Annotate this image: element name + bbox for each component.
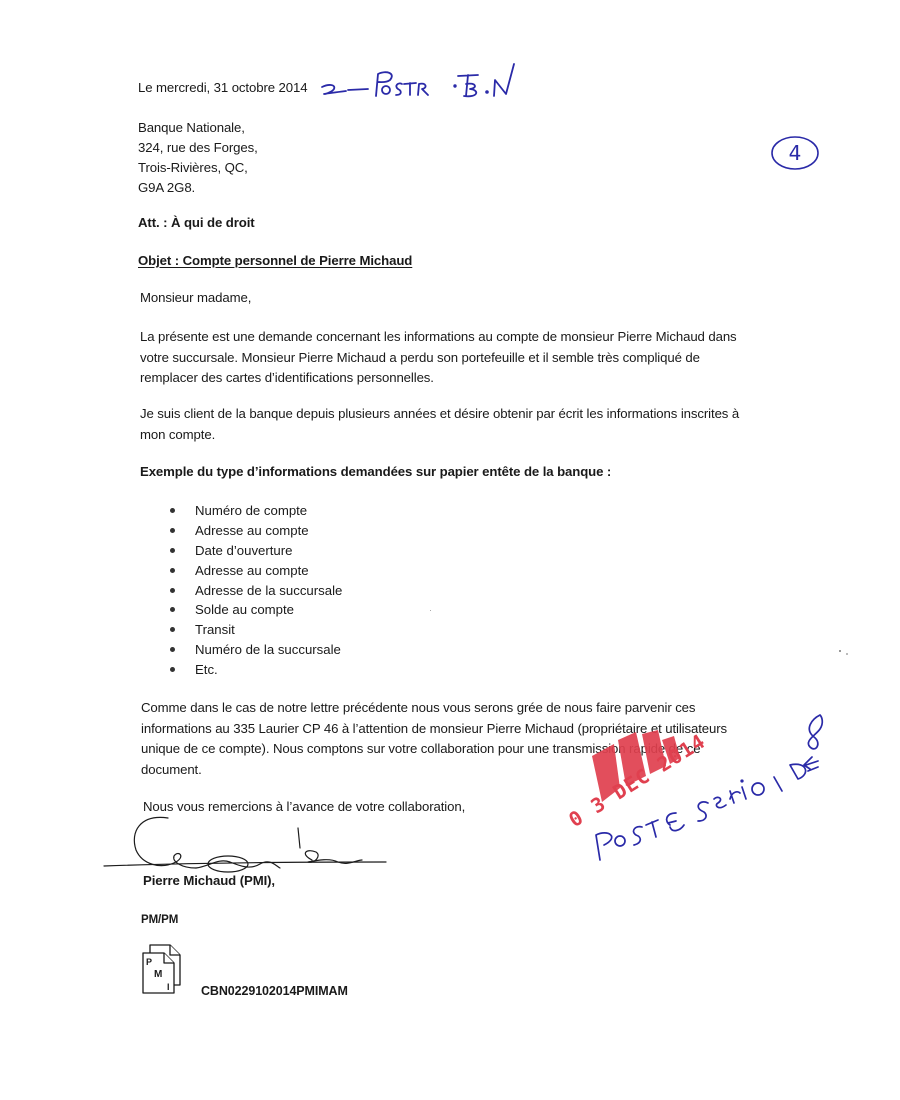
bullet-icon bbox=[170, 508, 175, 513]
list-item-text: Adresse au compte bbox=[195, 523, 309, 538]
attention-line: Att. : À qui de droit bbox=[138, 213, 255, 233]
bullet-icon bbox=[170, 548, 175, 553]
recipient-line-3: Trois-Rivières, QC, bbox=[138, 158, 248, 178]
recipient-line-2: 324, rue des Forges, bbox=[138, 138, 258, 158]
salutation: Monsieur madame, bbox=[140, 288, 251, 308]
list-item: Solde au compte bbox=[165, 600, 342, 620]
pmi-documents-icon: P M I bbox=[140, 943, 192, 995]
page-number-text: 4 bbox=[789, 141, 802, 165]
list-item: Etc. bbox=[165, 660, 342, 680]
circled-page-number: 4 bbox=[768, 132, 822, 174]
scanned-letter-page: Le mercredi, 31 octobre 2014 bbox=[0, 0, 900, 1100]
list-item-text: Numéro de compte bbox=[195, 503, 307, 518]
list-item-text: Numéro de la succursale bbox=[195, 642, 341, 657]
list-item: Adresse au compte bbox=[165, 521, 342, 541]
list-item-text: Date d’ouverture bbox=[195, 543, 293, 558]
logo-letter-i: I bbox=[167, 982, 170, 992]
bullet-icon bbox=[170, 627, 175, 632]
list-item: Adresse de la succursale bbox=[165, 581, 342, 601]
bullet-icon bbox=[170, 647, 175, 652]
reference-code: CBN0229102014PMIMAM bbox=[201, 981, 348, 1001]
bullet-icon bbox=[170, 607, 175, 612]
list-item: Date d’ouverture bbox=[165, 541, 342, 561]
recipient-line-4: G9A 2G8. bbox=[138, 178, 195, 198]
list-heading: Exemple du type d’informations demandées… bbox=[140, 462, 611, 482]
list-item: Transit bbox=[165, 620, 342, 640]
subject-line: Objet : Compte personnel de Pierre Micha… bbox=[138, 251, 412, 271]
list-item-text: Adresse au compte bbox=[195, 563, 309, 578]
scan-speck bbox=[430, 610, 431, 611]
signer-name: Pierre Michaud (PMI), bbox=[143, 871, 275, 891]
list-item-text: Transit bbox=[195, 622, 235, 637]
handwritten-header-note bbox=[318, 60, 528, 105]
requested-info-list: Numéro de compte Adresse au compte Date … bbox=[165, 501, 342, 680]
bullet-icon bbox=[170, 588, 175, 593]
date-line: Le mercredi, 31 octobre 2014 bbox=[138, 78, 307, 98]
paragraph-request: La présente est une demande concernant l… bbox=[140, 327, 737, 389]
list-item-text: Etc. bbox=[195, 662, 218, 677]
list-item-text: Adresse de la succursale bbox=[195, 583, 342, 598]
paragraph-client: Je suis client de la banque depuis plusi… bbox=[140, 404, 739, 445]
list-item: Numéro de compte bbox=[165, 501, 342, 521]
logo-letter-m: M bbox=[154, 969, 162, 980]
list-item: Numéro de la succursale bbox=[165, 640, 342, 660]
scan-speck bbox=[839, 650, 841, 652]
recipient-line-1: Banque Nationale, bbox=[138, 118, 245, 138]
bullet-icon bbox=[170, 667, 175, 672]
list-item-text: Solde au compte bbox=[195, 602, 294, 617]
bullet-icon bbox=[170, 568, 175, 573]
bullet-icon bbox=[170, 528, 175, 533]
scan-speck bbox=[846, 653, 848, 655]
closing-line: Nous vous remercions à l’avance de votre… bbox=[143, 797, 465, 817]
logo-letter-p: P bbox=[146, 957, 152, 967]
list-item: Adresse au compte bbox=[165, 561, 342, 581]
initials: PM/PM bbox=[141, 910, 178, 930]
